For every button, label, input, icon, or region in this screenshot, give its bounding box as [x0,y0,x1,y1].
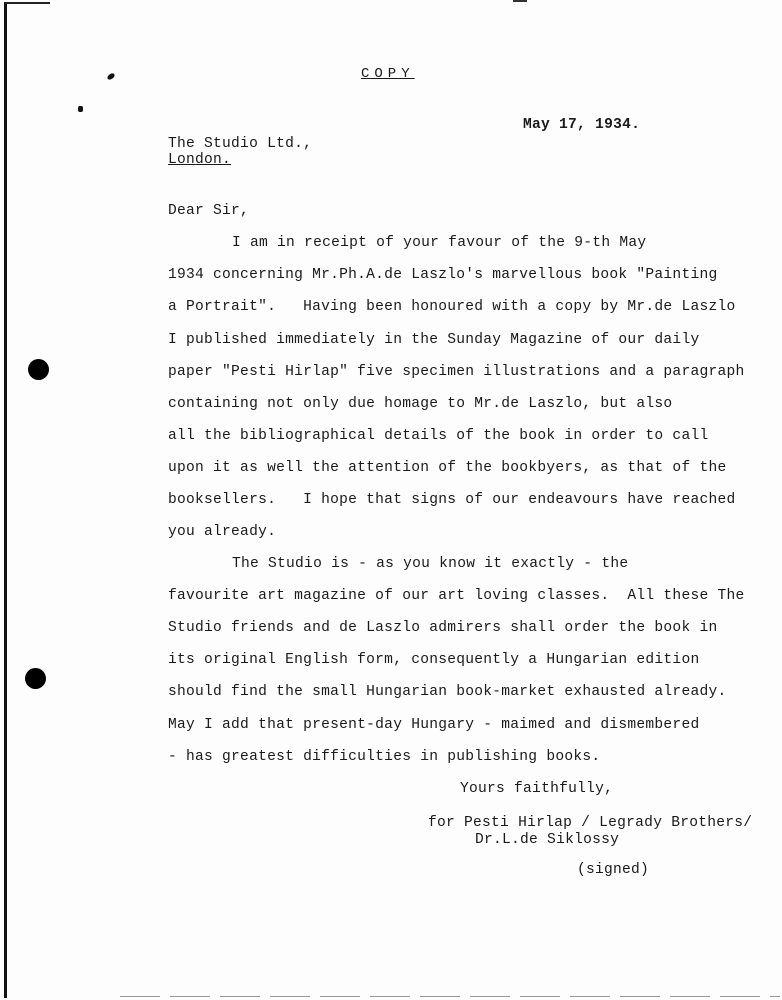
body-line: 1934 concerning Mr.Ph.A.de Laszlo's marv… [168,267,717,283]
body-line: its original English form, consequently … [168,652,699,668]
document-heading: COPY [361,66,415,82]
body-line: you already. [168,524,276,540]
closing: Yours faithfully, [460,781,613,797]
body-line: paper "Pesti Hirlap" five specimen illus… [168,364,745,380]
body-line: The Studio is - as you know it exactly -… [232,556,628,572]
scan-bottom-edge [120,996,780,997]
body-line: - has greatest difficulties in publishin… [168,749,600,765]
scan-top-mark [513,0,527,2]
signature-name: Dr.L.de Siklossy [475,832,619,848]
body-line: all the bibliographical details of the b… [168,428,708,444]
body-line: a Portrait". Having been honoured with a… [168,299,735,315]
punch-hole-icon [25,668,46,689]
scan-left-edge [4,2,7,998]
body-line: should find the small Hungarian book-mar… [168,684,726,700]
body-line: Studio friends and de Laszlo admirers sh… [168,620,717,636]
signature-organization: for Pesti Hirlap / Legrady Brothers/ [428,815,752,831]
scan-top-edge [4,2,50,4]
body-line: I am in receipt of your favour of the 9-… [232,235,646,251]
letter-page: COPY May 17, 1934. The Studio Ltd., Lond… [0,0,782,1000]
punch-hole-icon [28,359,49,380]
body-line: I published immediately in the Sunday Ma… [168,332,699,348]
salutation: Dear Sir, [168,203,249,219]
ink-mark [78,106,83,112]
letter-date: May 17, 1934. [523,117,640,133]
recipient-city: London. [168,152,231,168]
signed-note: (signed) [577,862,649,878]
recipient-name: The Studio Ltd., [168,136,312,152]
ink-mark [106,72,115,81]
body-line: containing not only due homage to Mr.de … [168,396,672,412]
body-line: May I add that present-day Hungary - mai… [168,717,699,733]
body-line: upon it as well the attention of the boo… [168,460,726,476]
body-line: booksellers. I hope that signs of our en… [168,492,735,508]
body-line: favourite art magazine of our art loving… [168,588,745,604]
